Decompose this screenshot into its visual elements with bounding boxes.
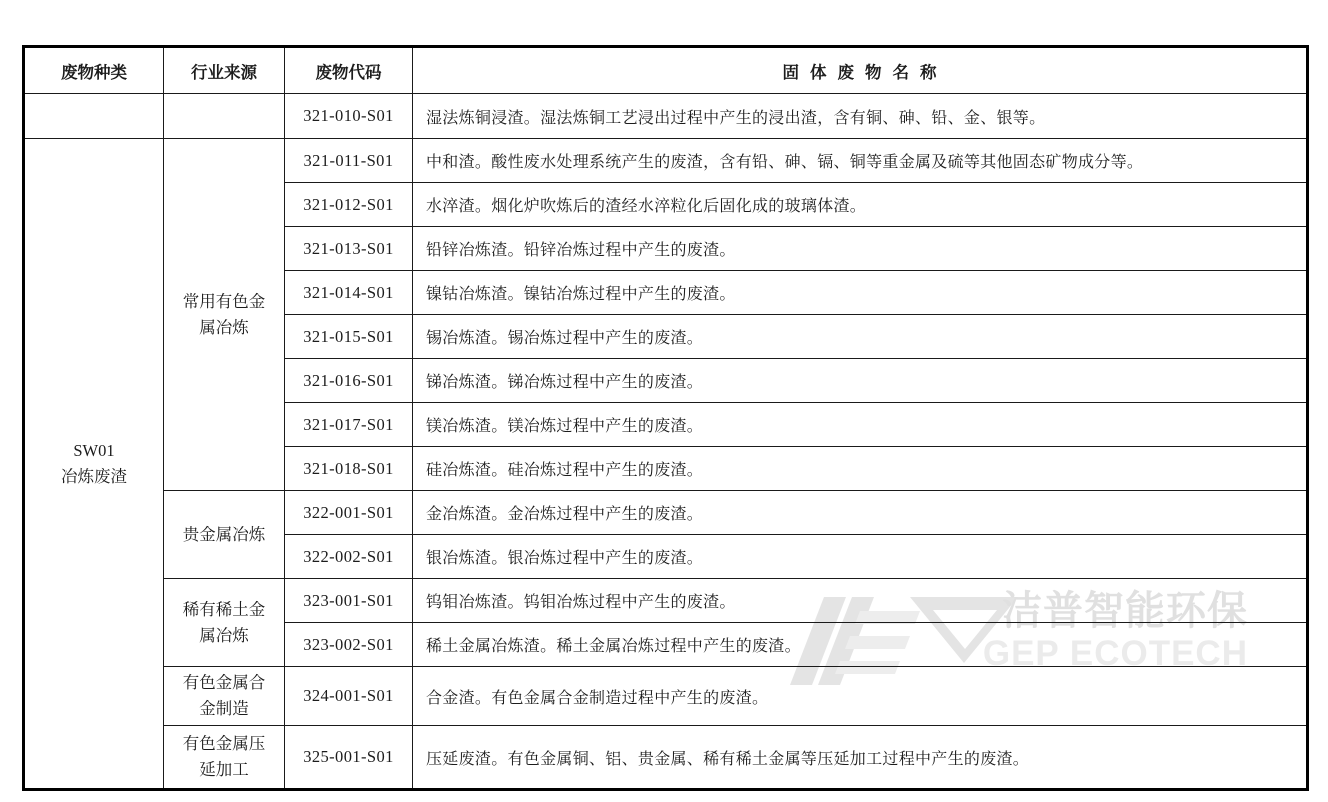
table-row: 321-010-S01 湿法炼铜浸渣。湿法炼铜工艺浸出过程中产生的浸出渣，含有铜… <box>24 94 1308 139</box>
table-row: 有色金属合 金制造 324-001-S01 合金渣。有色金属合金制造过程中产生的… <box>24 667 1308 726</box>
waste-code-cell: 321-016-S01 <box>285 359 413 403</box>
waste-code-cell: 323-001-S01 <box>285 579 413 623</box>
industry-cell: 稀有稀土金 属冶炼 <box>164 579 285 667</box>
col-header-waste-category: 废物种类 <box>24 47 164 94</box>
waste-code-cell: 321-018-S01 <box>285 447 413 491</box>
waste-code-cell: 321-011-S01 <box>285 139 413 183</box>
industry-cell: 有色金属压 延加工 <box>164 726 285 790</box>
col-header-waste-name: 固体废物名称 <box>413 47 1308 94</box>
waste-code-cell: 325-001-S01 <box>285 726 413 790</box>
waste-code-cell: 321-012-S01 <box>285 183 413 227</box>
waste-name-cell: 镍钴冶炼渣。镍钴冶炼过程中产生的废渣。 <box>413 271 1308 315</box>
waste-name-cell: 硅冶炼渣。硅冶炼过程中产生的废渣。 <box>413 447 1308 491</box>
table-row: 有色金属压 延加工 325-001-S01 压延废渣。有色金属铜、铝、贵金属、稀… <box>24 726 1308 790</box>
waste-code-cell: 323-002-S01 <box>285 623 413 667</box>
table-row: SW01 冶炼废渣 常用有色金 属冶炼 321-011-S01 中和渣。酸性废水… <box>24 139 1308 183</box>
waste-name-cell: 铅锌冶炼渣。铅锌冶炼过程中产生的废渣。 <box>413 227 1308 271</box>
waste-code-cell: 321-017-S01 <box>285 403 413 447</box>
waste-code-cell: 321-014-S01 <box>285 271 413 315</box>
waste-code-cell: 321-010-S01 <box>285 94 413 139</box>
waste-name-cell: 镁冶炼渣。镁冶炼过程中产生的废渣。 <box>413 403 1308 447</box>
industry-cell-empty <box>164 94 285 139</box>
waste-name-cell: 合金渣。有色金属合金制造过程中产生的废渣。 <box>413 667 1308 726</box>
waste-code-cell: 321-013-S01 <box>285 227 413 271</box>
table-row: 贵金属冶炼 322-001-S01 金冶炼渣。金冶炼过程中产生的废渣。 <box>24 491 1308 535</box>
industry-cell: 常用有色金 属冶炼 <box>164 139 285 491</box>
col-header-industry-source: 行业来源 <box>164 47 285 94</box>
document-page: { "colors": { "border": "#000000", "text… <box>0 0 1328 802</box>
waste-name-cell: 钨钼冶炼渣。钨钼冶炼过程中产生的废渣。 <box>413 579 1308 623</box>
industry-cell: 贵金属冶炼 <box>164 491 285 579</box>
waste-name-cell: 锑冶炼渣。锑冶炼过程中产生的废渣。 <box>413 359 1308 403</box>
solid-waste-table: 废物种类 行业来源 废物代码 固体废物名称 321-010-S01 湿法炼铜浸渣… <box>22 45 1309 791</box>
waste-name-cell: 银冶炼渣。银冶炼过程中产生的废渣。 <box>413 535 1308 579</box>
waste-name-cell: 中和渣。酸性废水处理系统产生的废渣，含有铅、砷、镉、铜等重金属及硫等其他固态矿物… <box>413 139 1308 183</box>
waste-name-cell: 金冶炼渣。金冶炼过程中产生的废渣。 <box>413 491 1308 535</box>
waste-category-cell-empty <box>24 94 164 139</box>
waste-name-cell: 压延废渣。有色金属铜、铝、贵金属、稀有稀土金属等压延加工过程中产生的废渣。 <box>413 726 1308 790</box>
waste-name-cell: 湿法炼铜浸渣。湿法炼铜工艺浸出过程中产生的浸出渣，含有铜、砷、铅、金、银等。 <box>413 94 1308 139</box>
waste-name-cell: 稀土金属冶炼渣。稀土金属冶炼过程中产生的废渣。 <box>413 623 1308 667</box>
table-row: 稀有稀土金 属冶炼 323-001-S01 钨钼冶炼渣。钨钼冶炼过程中产生的废渣… <box>24 579 1308 623</box>
waste-code-cell: 324-001-S01 <box>285 667 413 726</box>
waste-code-cell: 322-002-S01 <box>285 535 413 579</box>
industry-cell: 有色金属合 金制造 <box>164 667 285 726</box>
waste-code-cell: 322-001-S01 <box>285 491 413 535</box>
waste-name-cell: 水淬渣。烟化炉吹炼后的渣经水淬粒化后固化成的玻璃体渣。 <box>413 183 1308 227</box>
header-row: 废物种类 行业来源 废物代码 固体废物名称 <box>24 47 1308 94</box>
col-header-waste-code: 废物代码 <box>285 47 413 94</box>
waste-name-cell: 锡冶炼渣。锡冶炼过程中产生的废渣。 <box>413 315 1308 359</box>
waste-category-cell: SW01 冶炼废渣 <box>24 139 164 790</box>
waste-code-cell: 321-015-S01 <box>285 315 413 359</box>
